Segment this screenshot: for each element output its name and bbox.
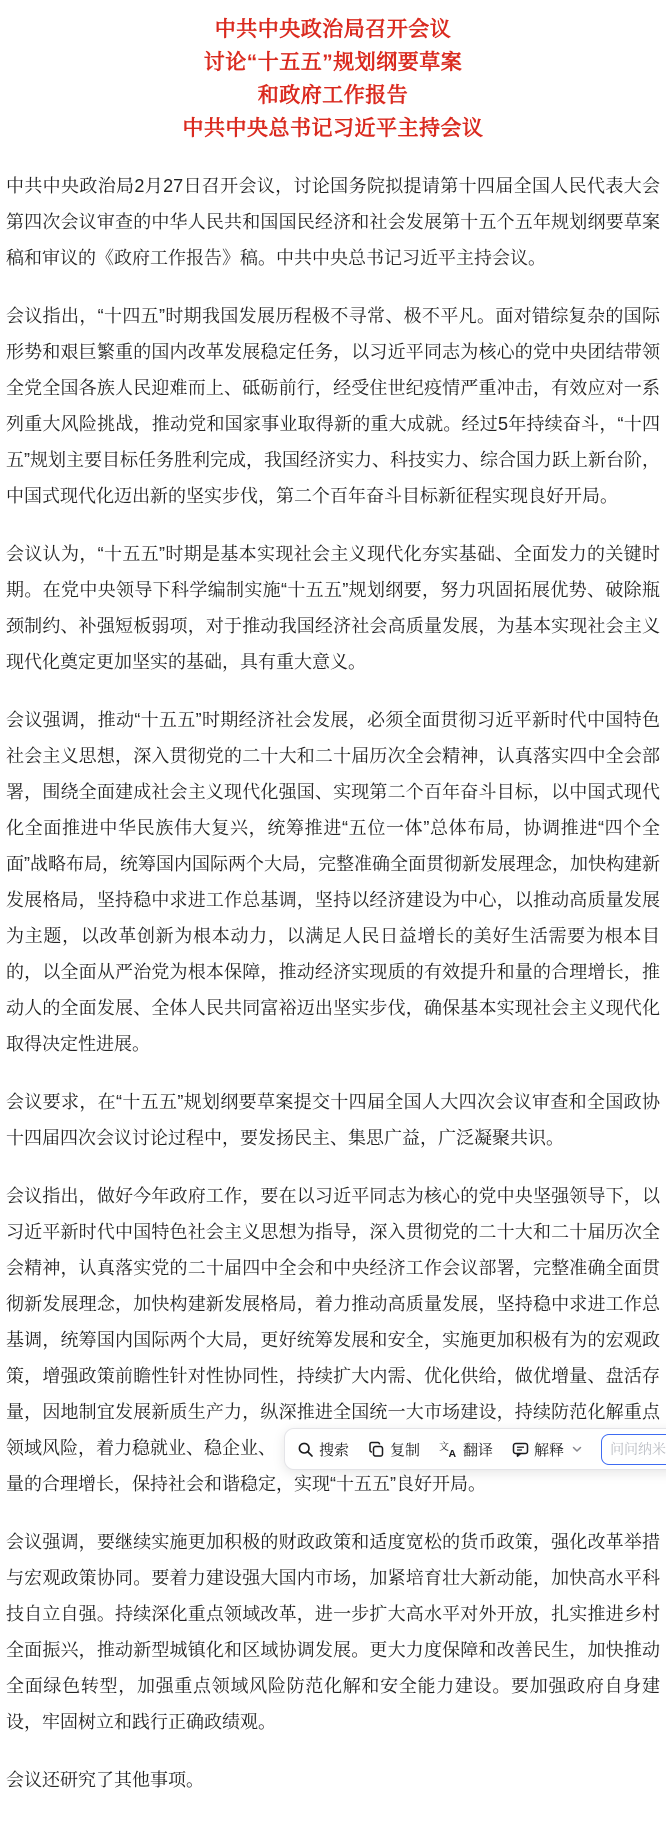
translate-button[interactable]: 文 A 翻译 xyxy=(439,1439,493,1460)
search-icon xyxy=(297,1441,314,1458)
paragraph-5: 会议要求，在“十五五”规划纲要草案提交十四届全国人大四次会议审查和全国政协十四届… xyxy=(6,1084,660,1156)
paragraph-7: 会议强调，要继续实施更加积极的财政政策和适度宽松的货币政策，强化改革举措与宏观政… xyxy=(6,1524,660,1740)
copy-button[interactable]: 复制 xyxy=(368,1439,420,1460)
ask-input[interactable] xyxy=(610,1441,666,1457)
paragraph-2: 会议指出，“十四五”时期我国发展历程极不寻常、极不平凡。面对错综复杂的国际形势和… xyxy=(6,298,660,514)
title-line-3: 和政府工作报告 xyxy=(0,79,666,112)
paragraph-8: 会议还研究了其他事项。 xyxy=(6,1762,660,1798)
article-body: 中共中央政治局2月27日召开会议，讨论国务院拟提请第十四届全国人民代表大会第四次… xyxy=(0,168,666,1798)
svg-text:文: 文 xyxy=(439,1441,449,1453)
title-line-2: 讨论“十五五”规划纲要草案 xyxy=(0,46,666,79)
chevron-down-icon xyxy=(572,1446,582,1453)
paragraph-4: 会议强调，推动“十五五”时期经济社会发展，必须全面贯彻习近平新时代中国特色社会主… xyxy=(6,702,660,1062)
copy-icon xyxy=(368,1441,385,1458)
selection-popup-toolbar: 搜索 复制 文 A 翻译 xyxy=(284,1428,666,1470)
explain-button-label: 解释 xyxy=(534,1439,564,1460)
article-title-block: 中共中央政治局召开会议 讨论“十五五”规划纲要草案 和政府工作报告 中共中央总书… xyxy=(0,0,666,145)
copy-button-label: 复制 xyxy=(390,1439,420,1460)
paragraph-6: 会议指出，做好今年政府工作，要在以习近平同志为核心的党中央坚强领导下，以习近平新… xyxy=(6,1178,660,1502)
paragraph-3: 会议认为，“十五五”时期是基本实现社会主义现代化夯实基础、全面发力的关键时期。在… xyxy=(6,536,660,680)
explain-icon xyxy=(512,1441,529,1458)
paragraph-1: 中共中央政治局2月27日召开会议，讨论国务院拟提请第十四届全国人民代表大会第四次… xyxy=(6,168,660,276)
article-page: 中共中央政治局召开会议 讨论“十五五”规划纲要草案 和政府工作报告 中共中央总书… xyxy=(0,0,666,1821)
search-button[interactable]: 搜索 xyxy=(297,1439,349,1460)
title-line-4: 中共中央总书记习近平主持会议 xyxy=(0,112,666,145)
search-button-label: 搜索 xyxy=(319,1439,349,1460)
paragraph-6-text-before-popup: 会议指出，做好今年政府工作，要在以习近平同志为核心的党中央坚强领导下，以习近平新… xyxy=(6,1186,660,1458)
ask-input-wrapper xyxy=(601,1434,666,1465)
paragraph-6-text-after-popup: 量的合理增长，保持社会和谐稳定，实现“十五五”良好开局。 xyxy=(6,1474,486,1494)
explain-button[interactable]: 解释 xyxy=(512,1439,582,1460)
translate-icon: 文 A xyxy=(439,1441,458,1458)
title-line-1: 中共中央政治局召开会议 xyxy=(0,13,666,46)
translate-button-label: 翻译 xyxy=(463,1439,493,1460)
svg-text:A: A xyxy=(449,1448,457,1458)
